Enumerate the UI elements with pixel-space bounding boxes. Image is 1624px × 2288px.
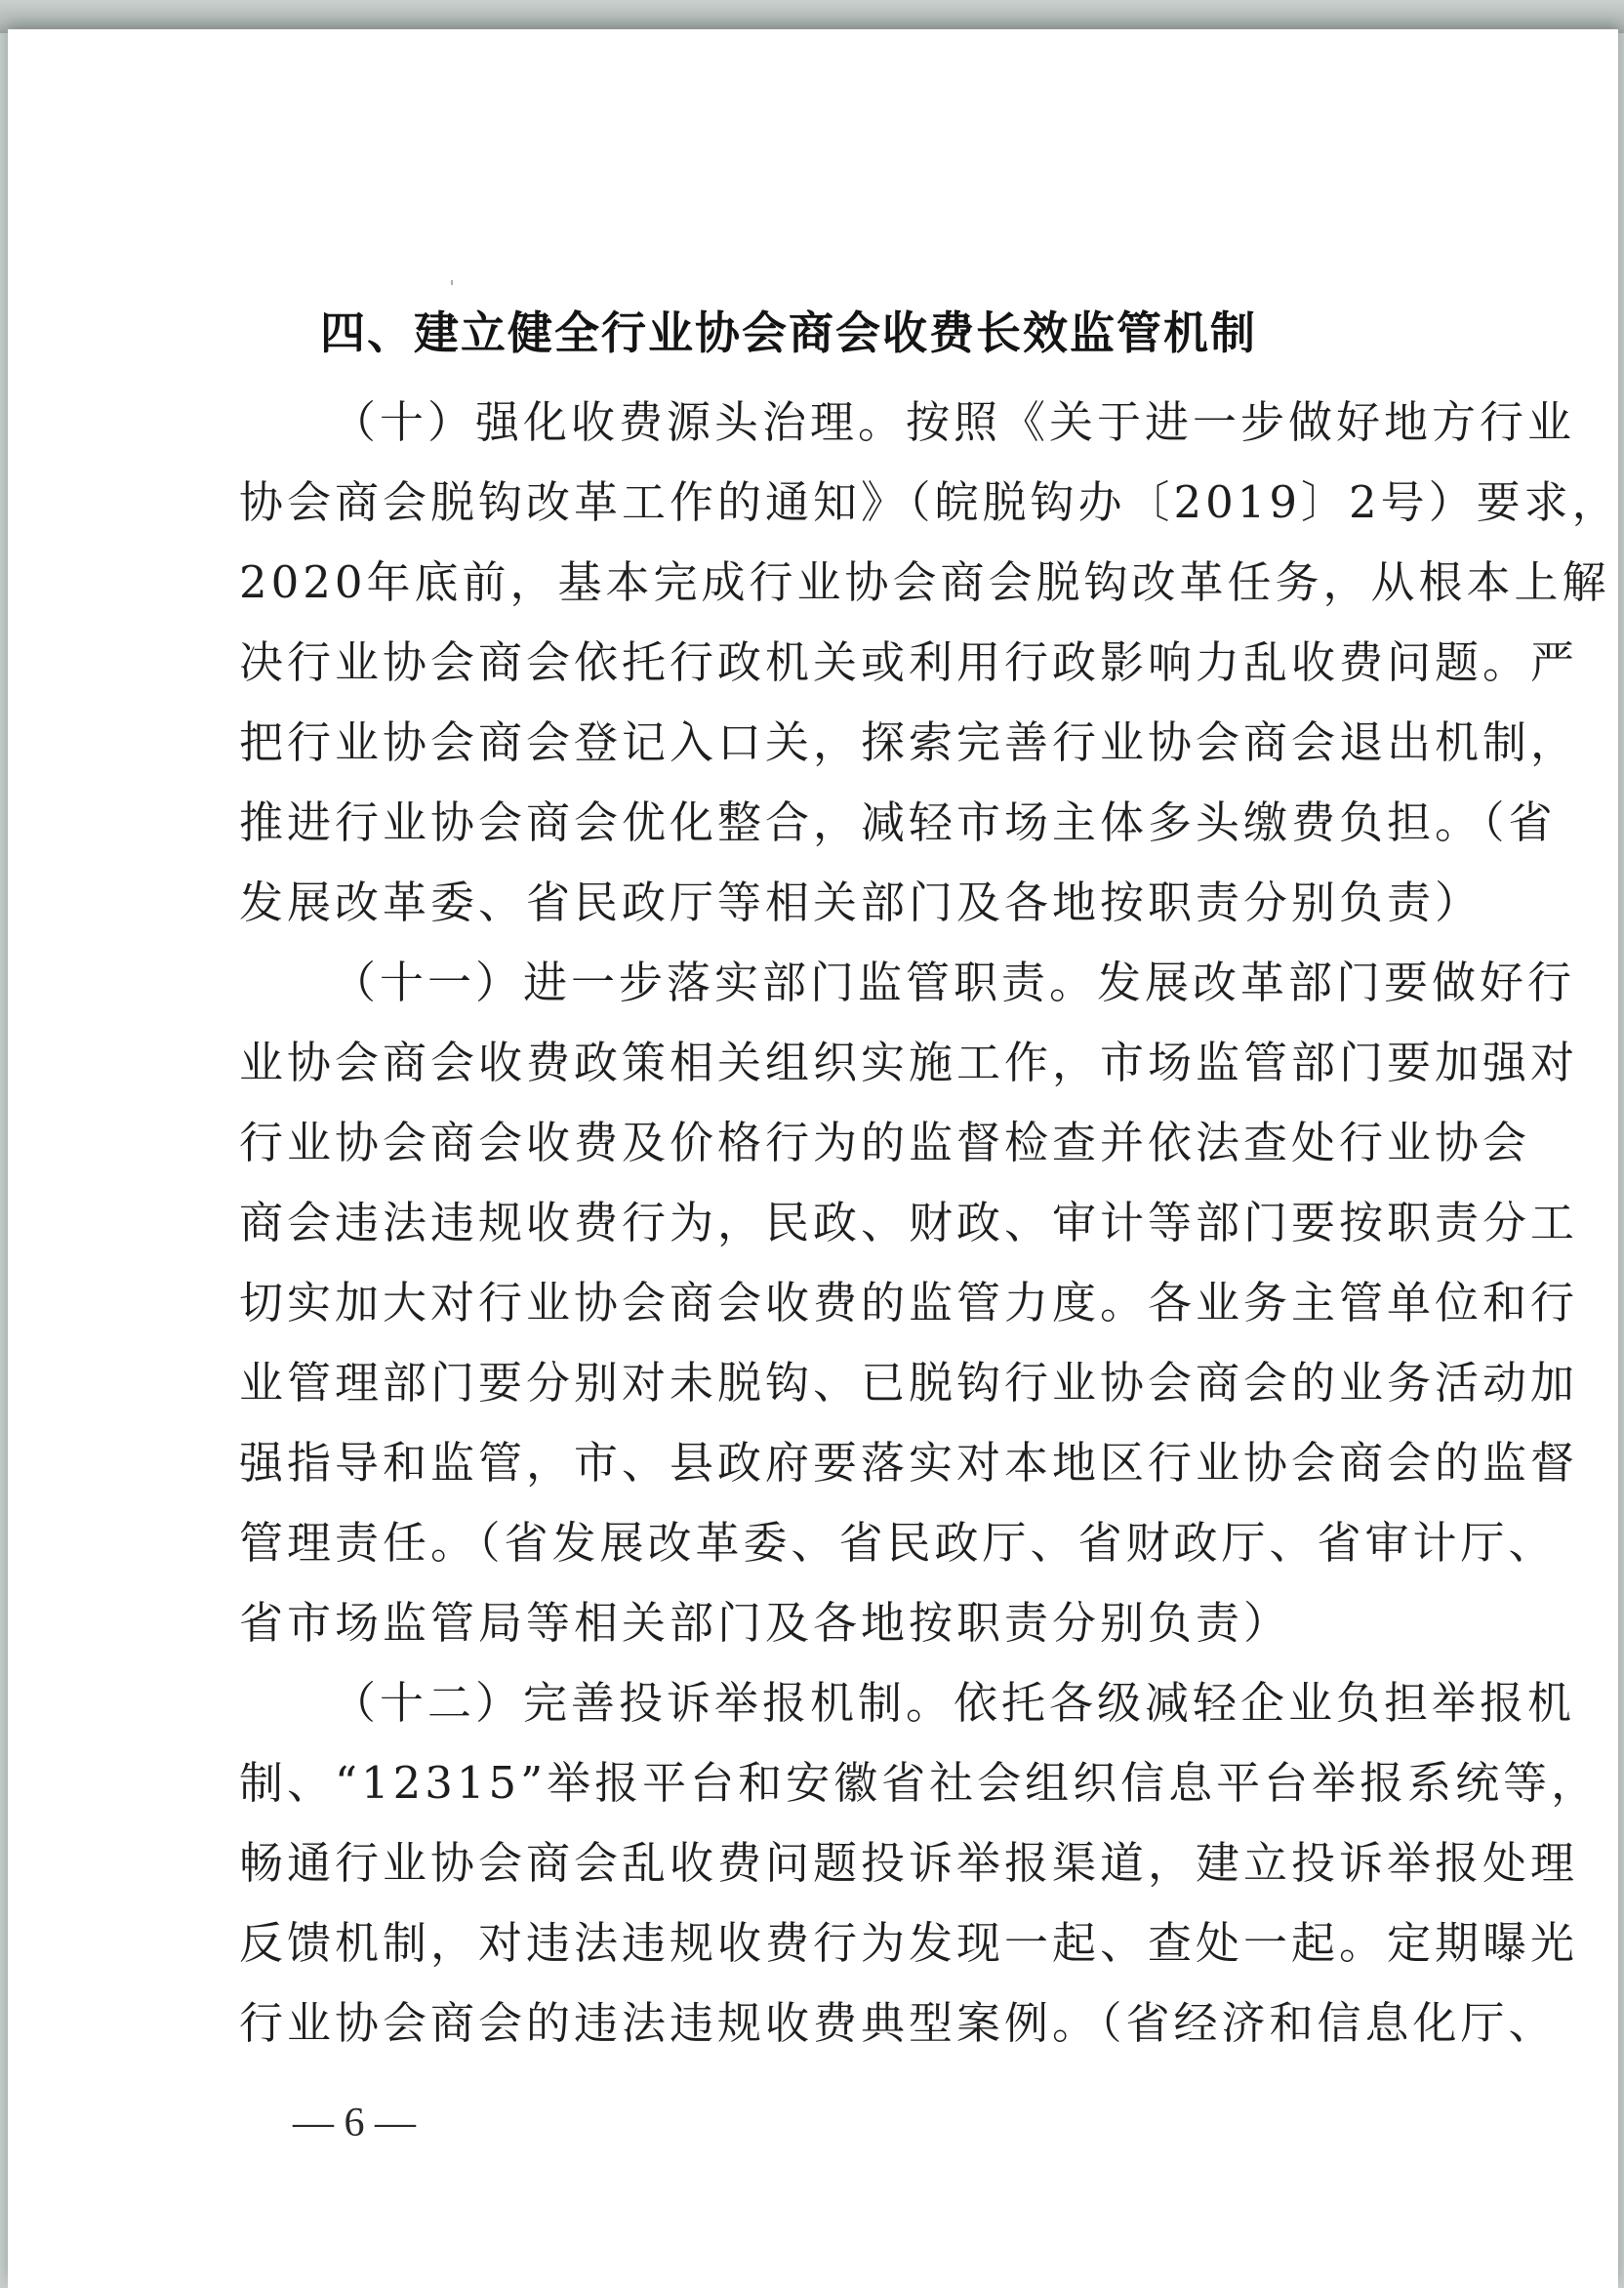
paragraph-11-line-7: 强指导和监管，市、县政府要落实对本地区行业协会商会的监督 (239, 1423, 1449, 1503)
paragraph-10-line-3: 2020年底前，基本完成行业协会商会脱钩改革任务，从根本上解 (239, 543, 1449, 623)
paragraph-10-line-6: 推进行业协会商会优化整合，减轻市场主体多头缴费负担。（省 (239, 783, 1449, 863)
paragraph-12-line-4: 反馈机制，对违法违规收费行为发现一起、查处一起。定期曝光 (239, 1903, 1449, 1983)
paragraph-11-line-9: 省市场监管局等相关部门及各地按职责分别负责） (239, 1583, 1449, 1663)
section-heading: 四、建立健全行业协会商会收费长效监管机制 (320, 293, 1257, 373)
paragraph-10-line-5: 把行业协会商会登记入口关，探索完善行业协会商会退出机制， (239, 703, 1449, 783)
paragraph-10-line-1: （十）强化收费源头治理。按照《关于进一步做好地方行业 (332, 383, 1449, 463)
paragraph-11-line-2: 业协会商会收费政策相关组织实施工作，市场监管部门要加强对 (239, 1023, 1449, 1103)
paragraph-11-line-4: 商会违法违规收费行为，民政、财政、审计等部门要按职责分工 (239, 1183, 1449, 1263)
paragraph-12-line-1: （十二）完善投诉举报机制。依托各级减轻企业负担举报机 (332, 1663, 1449, 1743)
scan-speck (451, 280, 453, 285)
paragraph-10-line-4: 决行业协会商会依托行政机关或利用行政影响力乱收费问题。严 (239, 623, 1449, 703)
paragraph-10-line-7: 发展改革委、省民政厅等相关部门及各地按职责分别负责） (239, 863, 1449, 943)
paragraph-12-line-2: 制、“12315”举报平台和安徽省社会组织信息平台举报系统等， (239, 1743, 1449, 1823)
paragraph-11-line-6: 业管理部门要分别对未脱钩、已脱钩行业协会商会的业务活动加 (239, 1343, 1449, 1423)
paragraph-11-line-5: 切实加大对行业协会商会收费的监管力度。各业务主管单位和行 (239, 1263, 1449, 1343)
paragraph-11-line-8: 管理责任。（省发展改革委、省民政厅、省财政厅、省审计厅、 (239, 1503, 1449, 1583)
paragraph-11-line-1: （十一）进一步落实部门监管职责。发展改革部门要做好行 (332, 943, 1449, 1023)
paragraph-12-line-3: 畅通行业协会商会乱收费问题投诉举报渠道，建立投诉举报处理 (239, 1823, 1449, 1903)
paragraph-10-line-2: 协会商会脱钩改革工作的通知》（皖脱钩办〔2019〕2号）要求， (239, 463, 1449, 543)
paragraph-11-line-3: 行业协会商会收费及价格行为的监督检查并依法查处行业协会 (239, 1103, 1449, 1183)
scanner-shadow-top (0, 0, 1624, 33)
page-number: — 6 — (293, 2089, 416, 2157)
paragraph-12-line-5: 行业协会商会的违法违规收费典型案例。（省经济和信息化厅、 (239, 1983, 1449, 2063)
